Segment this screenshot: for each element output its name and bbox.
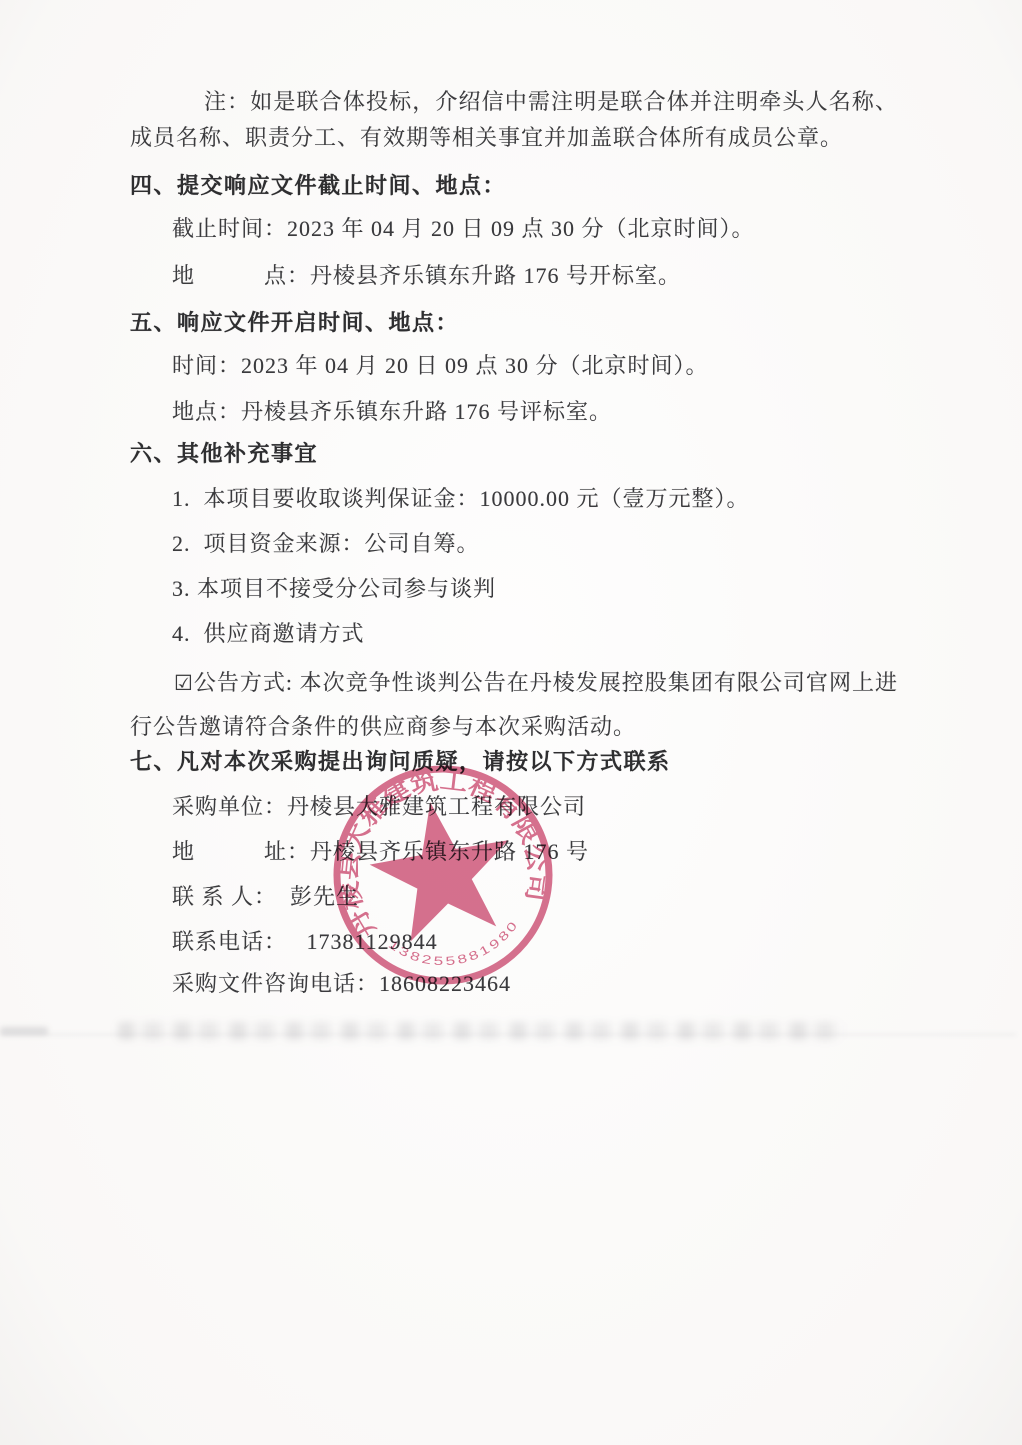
section5-time: 时间：2023 年 04 月 20 日 09 点 30 分（北京时间）。: [172, 351, 709, 381]
doc-inquiry-phone-line: 采购文件咨询电话：18608223464: [172, 969, 511, 999]
address-line: 地 址：丹棱县齐乐镇东升路 176 号: [172, 837, 589, 867]
bleed-through-text-smudge: [118, 1022, 844, 1040]
seal-ring: [320, 752, 566, 998]
section6-heading: 六、其他补充事宜: [130, 439, 318, 469]
company-seal-stamp: 丹棱县大雅建筑工程有限公司 138255881980: [318, 750, 568, 1000]
announcement-paragraph: ☑公告方式: 本次竞争性谈判公告在丹棱发展控股集团有限公司官网上进行公告邀请符合…: [130, 661, 898, 749]
contact-person-line: 联 系 人： 彭先生: [172, 882, 359, 912]
bleed-through-edge-mark: [0, 1027, 48, 1035]
section6-item2: 2. 项目资金来源：公司自筹。: [172, 529, 480, 559]
contact-phone-line: 联系电话： 17381129844: [172, 927, 438, 957]
scanned-procurement-notice-page: 注：如是联合体投标，介绍信中需注明是联合体并注明牵头人名称、成员名称、职责分工、…: [0, 0, 1022, 1445]
bleed-through-faint-line: [0, 1033, 1016, 1036]
joint-bid-note: 注：如是联合体投标，介绍信中需注明是联合体并注明牵头人名称、成员名称、职责分工、…: [130, 84, 898, 156]
section4-heading: 四、提交响应文件截止时间、地点：: [130, 171, 506, 201]
section6-item3: 3. 本项目不接受分公司参与谈判: [172, 574, 496, 604]
section4-deadline: 截止时间：2023 年 04 月 20 日 09 点 30 分（北京时间）。: [172, 214, 755, 244]
section7-heading: 七、凡对本次采购提出询问质疑，请按以下方式联系: [130, 747, 671, 777]
checked-checkbox-icon: ☑: [174, 671, 194, 695]
section6-item1: 1. 本项目要收取谈判保证金：10000.00 元（壹万元整）。: [172, 484, 750, 514]
section5-place: 地点：丹棱县齐乐镇东升路 176 号评标室。: [172, 397, 612, 427]
purchaser-line: 采购单位：丹棱县大雅建筑工程有限公司: [172, 792, 586, 822]
section6-item4: 4. 供应商邀请方式: [172, 619, 365, 649]
section4-place: 地 点：丹棱县齐乐镇东升路 176 号开标室。: [172, 261, 681, 291]
announcement-text: 公告方式: 本次竞争性谈判公告在丹棱发展控股集团有限公司官网上进行公告邀请符合条…: [130, 670, 898, 739]
section5-heading: 五、响应文件开启时间、地点：: [130, 308, 459, 338]
